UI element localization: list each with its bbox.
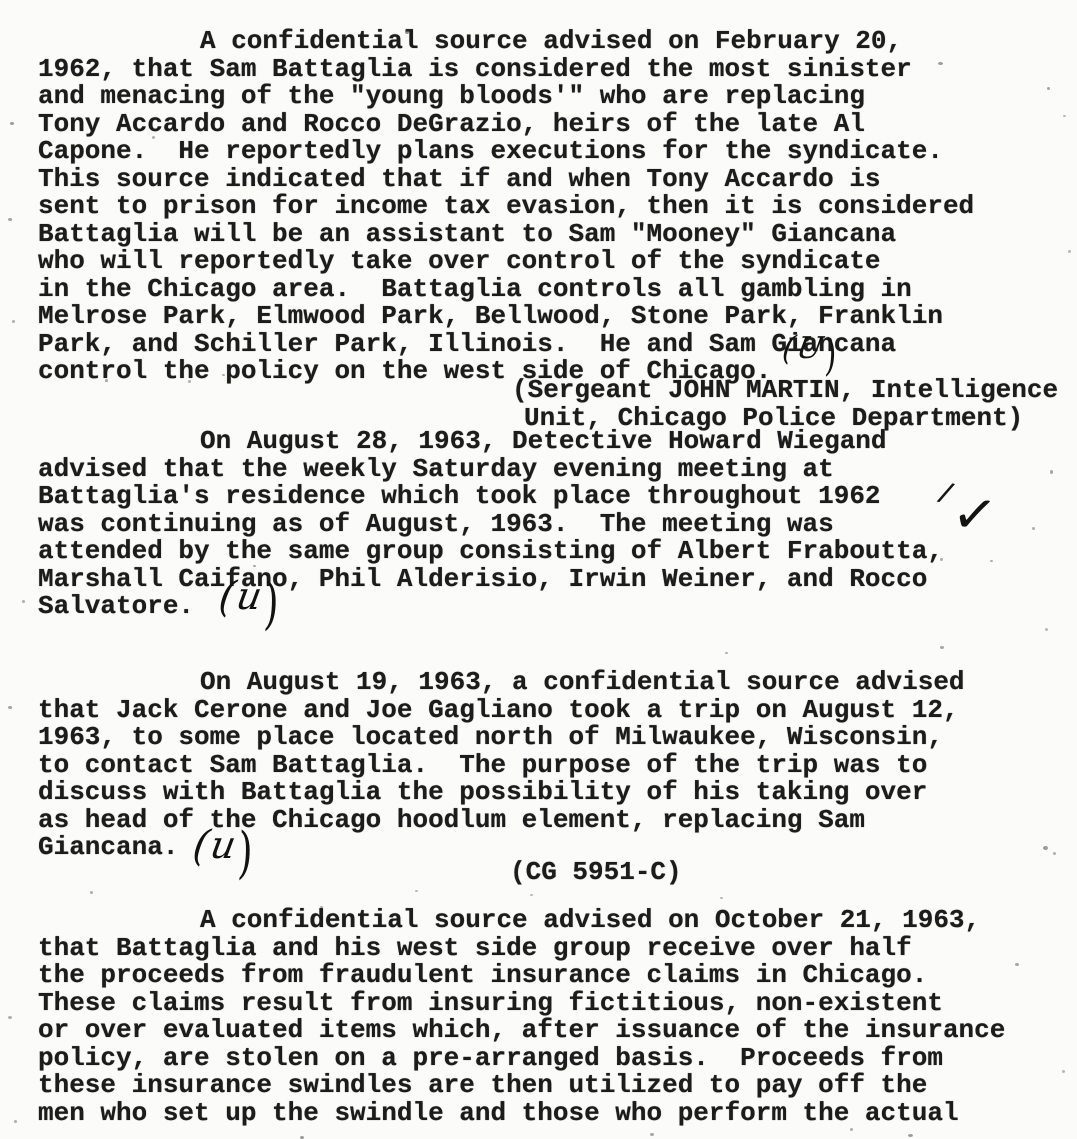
paragraph-insurance-fraud: A confidential source advised on October… [38, 907, 1005, 1127]
paragraph-detective-wiegand: On August 28, 1963, Detective Howard Wie… [38, 428, 943, 621]
text-line: these insurance swindles are then utiliz… [38, 1072, 1005, 1100]
text-line: A confidential source advised on October… [38, 907, 1005, 935]
handwritten-checkmark: ✓ [949, 485, 1000, 544]
text-line: Capone. He reportedly plans executions f… [38, 138, 974, 166]
text-line: 1963, to some place located north of Mil… [38, 724, 965, 752]
text-line: in the Chicago area. Battaglia controls … [38, 276, 974, 304]
text-line: Tony Accardo and Rocco DeGrazio, heirs o… [38, 111, 974, 139]
text-line: 1962, that Sam Battaglia is considered t… [38, 56, 974, 84]
noise-speck [253, 565, 256, 567]
noise-speck [262, 102, 266, 104]
text-line: Salvatore. [38, 593, 943, 621]
noise-speck [8, 1016, 12, 1019]
text-line: and menacing of the "young bloods'" who … [38, 83, 974, 111]
noise-speck [152, 136, 155, 139]
noise-speck [1043, 846, 1048, 850]
attribution-sergeant-martin-line-1: (Sergeant JOHN MARTIN, Intelligence [512, 375, 1058, 405]
noise-speck [1032, 527, 1035, 530]
noise-speck [940, 558, 943, 561]
text-line: Giancana. [38, 834, 965, 862]
u-mark-letter: U [794, 331, 826, 366]
noise-speck [725, 652, 728, 654]
handwritten-u-classification-mark-1: (U) [783, 331, 837, 366]
paragraph-cerone-gagliano-trip: On August 19, 1963, a confidential sourc… [38, 669, 965, 862]
text-line: the proceeds from fraudulent insurance c… [38, 962, 1005, 990]
noise-speck [10, 122, 14, 125]
noise-speck [320, 906, 323, 908]
text-line: These claims result from insuring fictit… [38, 990, 1005, 1018]
text-line: that Battaglia and his west side group r… [38, 935, 1005, 963]
noise-speck [22, 600, 25, 603]
text-line: or over evaluated items which, after iss… [38, 1017, 1005, 1045]
handwritten-u-classification-mark-2: (u) [220, 574, 279, 618]
noise-speck [12, 320, 15, 323]
noise-speck [90, 891, 93, 894]
noise-speck [405, 30, 409, 34]
text-line: discuss with Battaglia the possibility o… [38, 779, 965, 807]
noise-speck [850, 1128, 853, 1131]
text-line: advised that the weekly Saturday evening… [38, 456, 943, 484]
text-line: that Jack Cerone and Joe Gagliano took a… [38, 697, 965, 725]
noise-speck [683, 373, 686, 376]
text-line: was continuing as of August, 1963. The m… [38, 511, 943, 539]
noise-speck [938, 62, 943, 65]
text-line: Melrose Park, Elmwood Park, Bellwood, St… [38, 303, 974, 331]
text-line: This source indicated that if and when T… [38, 166, 974, 194]
noise-speck [14, 1120, 17, 1123]
noise-speck [1053, 852, 1056, 855]
noise-speck [650, 1133, 654, 1136]
noise-speck [1063, 115, 1066, 117]
text-line: attended by the same group consisting of… [38, 538, 943, 566]
noise-speck [1068, 250, 1071, 253]
noise-speck [908, 1134, 913, 1137]
noise-speck [990, 560, 993, 562]
text-line: men who set up the swindle and those who… [38, 1100, 1005, 1128]
text-line: Marshall Caifano, Phil Alderisio, Irwin … [38, 566, 943, 594]
noise-speck [720, 897, 723, 899]
text-line: On August 28, 1963, Detective Howard Wie… [38, 428, 943, 456]
noise-speck [1045, 628, 1048, 631]
noise-speck [530, 894, 533, 896]
text-line: A confidential source advised on Februar… [38, 28, 974, 56]
text-line: who will reportedly take over control of… [38, 248, 974, 276]
noise-speck [8, 706, 12, 709]
noise-speck [330, 760, 333, 762]
text-line: Battaglia will be an assistant to Sam "M… [38, 221, 974, 249]
noise-speck [415, 890, 418, 892]
text-line: sent to prison for income tax evasion, t… [38, 193, 974, 221]
text-line: as head of the Chicago hoodlum element, … [38, 807, 965, 835]
noise-speck [1015, 963, 1019, 966]
handwritten-u-classification-mark-3: (u) [194, 823, 253, 867]
noise-speck [1047, 87, 1050, 90]
noise-speck [8, 218, 12, 221]
text-line: policy, are stolen on a pre-arranged bas… [38, 1045, 1005, 1073]
noise-speck [222, 374, 225, 376]
document-page: A confidential source advised on Februar… [0, 0, 1077, 1139]
noise-speck [1050, 470, 1053, 474]
text-line: Battaglia's residence which took place t… [38, 483, 943, 511]
noise-speck [188, 380, 191, 383]
text-line: to contact Sam Battaglia. The purpose of… [38, 752, 965, 780]
noise-speck [1062, 1070, 1065, 1073]
text-line: On August 19, 1963, a confidential sourc… [38, 669, 965, 697]
noise-speck [940, 646, 944, 649]
noise-speck [105, 379, 108, 382]
file-number-citation: (CG 5951-C) [510, 857, 682, 887]
